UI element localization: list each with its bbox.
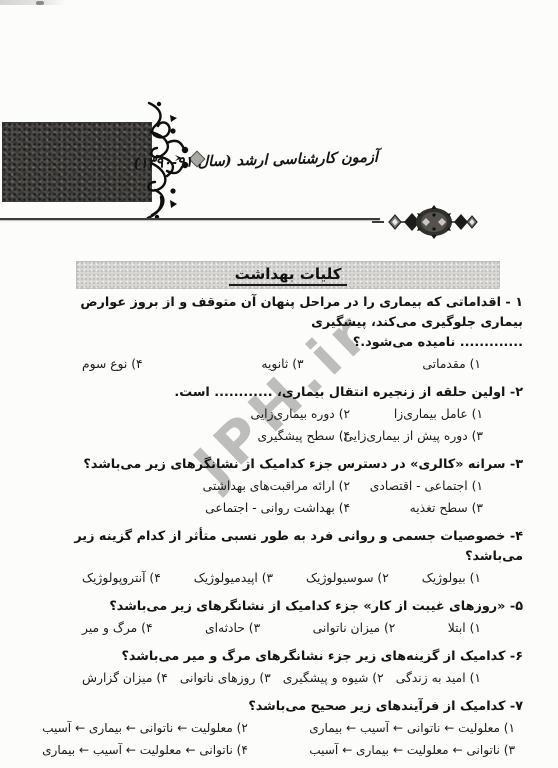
option: ۱) امید به زندگی bbox=[396, 668, 481, 689]
divider-rule bbox=[0, 218, 380, 220]
question-7: ۷- کدامیک از فرآیندهای زیر صحیح می‌باشد؟… bbox=[36, 697, 523, 761]
option: ۳) روزهای ناتوانی bbox=[180, 668, 271, 689]
question-stem: ۴- خصوصیات جسمی و روانی فرد به طور نسبی … bbox=[36, 527, 523, 567]
option: ۱) عامل بیماری‌زا bbox=[350, 404, 483, 425]
option: ۱) اجتماعی - اقتصادی bbox=[350, 476, 483, 497]
options-row: ۱) ابتلا ۲) میزان ناتوانی ۳) حادثه‌ای ۴)… bbox=[36, 617, 523, 639]
question-6: ۶- کدامیک از گزینه‌های زیر جزء نشانگرهای… bbox=[36, 647, 523, 689]
medallion-divider-icon bbox=[372, 201, 478, 243]
options-row: ۱) معلولیت ← ناتوانی ← آسیب ← بیماری ۲) … bbox=[36, 717, 523, 739]
option: ۳) ثانویه bbox=[261, 354, 303, 375]
options-row: ۱) عامل بیماری‌زا ۲) دوره بیماری‌زایی bbox=[36, 403, 523, 425]
option: ۴) بهداشت روانی - اجتماعی bbox=[40, 498, 350, 519]
question-5: ۵- «روزهای غیبت از کار» جزء کدامیک از نش… bbox=[36, 597, 523, 639]
question-stem: ۱ - اقداماتی که بیماری را در مراحل پنهان… bbox=[36, 293, 523, 333]
question-stem: ۳- سرانه «کالری» در دسترس جزء کدامیک از … bbox=[36, 455, 523, 475]
option: ۳) ناتوانی ← معلولیت ← بیماری ← آسیب bbox=[248, 740, 515, 761]
exam-calligraphy-title: آزمون کارشناسی ارشد (سال ۹۱-۱۳۹۰) bbox=[195, 132, 378, 193]
option: ۱) معلولیت ← ناتوانی ← آسیب ← بیماری bbox=[248, 718, 515, 739]
scan-smudge bbox=[0, 0, 66, 5]
option: ۲) دوره بیماری‌زایی bbox=[40, 404, 350, 425]
option: ۲) سوسیولوژیک bbox=[306, 568, 389, 589]
question-stem-continuation: ............. نامیده می‌شود.؟ bbox=[36, 333, 523, 353]
options-row: ۱) امید به زندگی ۲) شیوه و پیشگیری ۳) رو… bbox=[36, 667, 523, 689]
option: ۴) میزان گزارش bbox=[82, 668, 168, 689]
questions-list: ۱ - اقداماتی که بیماری را در مراحل پنهان… bbox=[36, 293, 523, 768]
question-stem: ۶- کدامیک از گزینه‌های زیر جزء نشانگرهای… bbox=[36, 647, 523, 667]
question-4: ۴- خصوصیات جسمی و روانی فرد به طور نسبی … bbox=[36, 527, 523, 589]
scanned-exam-page: آزمون کارشناسی ارشد (سال ۹۱-۱۳۹۰) bbox=[0, 0, 558, 768]
options-row: ۱) مقدماتی ۳) ثانویه ۴) نوع سوم bbox=[36, 353, 523, 375]
option: ۱) مقدماتی bbox=[422, 354, 481, 375]
option: ۴) آنتروپولوژیک bbox=[82, 568, 161, 589]
question-1: ۱ - اقداماتی که بیماری را در مراحل پنهان… bbox=[36, 293, 523, 375]
section-band: کلیات بهداشت bbox=[76, 261, 500, 289]
options-row: ۱) اجتماعی - اقتصادی ۲) ارائه مراقبت‌های… bbox=[36, 475, 523, 497]
options-row: ۳) سطح تغذیه ۴) بهداشت روانی - اجتماعی bbox=[36, 497, 523, 519]
option: ۴) نوع سوم bbox=[82, 354, 143, 375]
option: ۳) دوره پیش از بیماری‌زایی bbox=[350, 426, 483, 447]
option: ۲) میزان ناتوانی bbox=[313, 618, 396, 639]
question-2: ۲- اولین حلقه از زنجیره انتقال بیماری، .… bbox=[36, 383, 523, 447]
option: ۳) حادثه‌ای bbox=[205, 618, 260, 639]
option: ۲) ارائه مراقبت‌های بهداشتی bbox=[40, 476, 350, 497]
options-row: ۳) ناتوانی ← معلولیت ← بیماری ← آسیب ۴) … bbox=[36, 739, 523, 761]
option: ۱) بیولوژیک bbox=[422, 568, 481, 589]
option: ۴) مرگ و میر bbox=[82, 618, 153, 639]
option: ۴) ناتوانی ← معلولیت ← آسیب ← بیماری bbox=[38, 740, 248, 761]
question-stem: ۵- «روزهای غیبت از کار» جزء کدامیک از نش… bbox=[36, 597, 523, 617]
option: ۲) معلولیت ← ناتوانی ← بیماری ← آسیب bbox=[38, 718, 248, 739]
options-row: ۱) بیولوژیک ۲) سوسیولوژیک ۳) اپیدمیولوژی… bbox=[36, 567, 523, 589]
option: ۳) سطح تغذیه bbox=[350, 498, 483, 519]
option: ۱) ابتلا bbox=[448, 618, 481, 639]
question-stem: ۷- کدامیک از فرآیندهای زیر صحیح می‌باشد؟ bbox=[36, 697, 523, 717]
section-title: کلیات بهداشت bbox=[229, 265, 348, 286]
option: ۳) اپیدمیولوژیک bbox=[194, 568, 273, 589]
option: ۲) شیوه و پیشگیری bbox=[283, 668, 384, 689]
question-3: ۳- سرانه «کالری» در دسترس جزء کدامیک از … bbox=[36, 455, 523, 519]
question-stem: ۲- اولین حلقه از زنجیره انتقال بیماری، .… bbox=[36, 383, 523, 403]
option: ۴) سطح پیشگیری bbox=[40, 426, 350, 447]
options-row: ۳) دوره پیش از بیماری‌زایی ۴) سطح پیشگیر… bbox=[36, 425, 523, 447]
dark-textured-block bbox=[2, 122, 152, 202]
scan-smudge-dot bbox=[36, 1, 44, 5]
